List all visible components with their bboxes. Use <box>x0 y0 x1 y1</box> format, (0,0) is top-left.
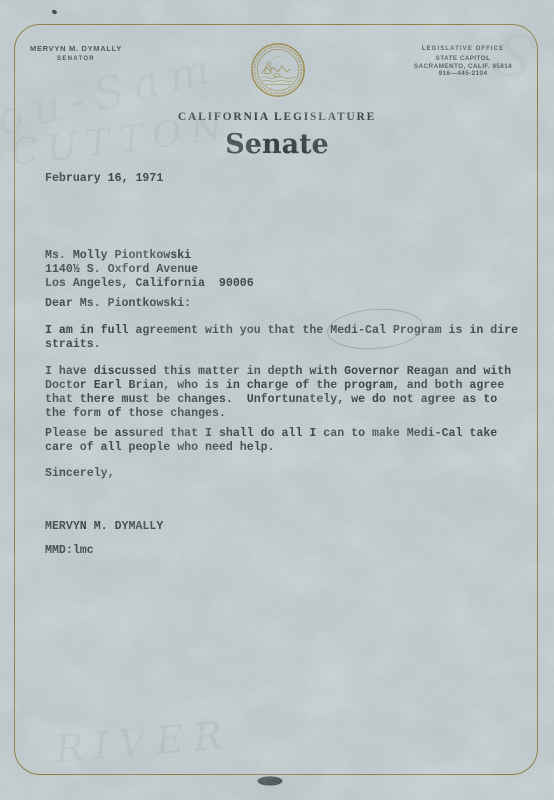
chamber-title: Senate <box>0 129 554 160</box>
office-line: 916—445-2104 <box>404 70 522 78</box>
recipient-address: Ms. Molly Piontkowski 1140½ S. Oxford Av… <box>45 249 254 291</box>
salutation: Dear Ms. Piontkowski: <box>45 297 191 311</box>
signature-name: MERVYN M. DYMALLY <box>45 520 163 534</box>
body-paragraph: I have discussed this matter in depth wi… <box>45 365 511 421</box>
body-paragraph: Please be assured that I shall do all I … <box>45 427 497 455</box>
california-state-seal-icon <box>249 41 307 104</box>
printers-union-bug-icon <box>256 774 286 792</box>
letter-date: February 16, 1971 <box>45 172 163 186</box>
body-paragraph: I am in full agreement with you that the… <box>45 324 518 352</box>
office-line: LEGISLATIVE OFFICE <box>404 46 522 52</box>
office-address-block: LEGISLATIVE OFFICE STATE CAPITOL SACRAME… <box>404 46 522 78</box>
office-line: STATE CAPITOL <box>404 55 522 63</box>
sender-name: MERVYN M. DYMALLY <box>28 44 124 53</box>
closing: Sincerely, <box>45 467 115 481</box>
sender-title: SENATOR <box>28 56 124 62</box>
sender-block: MERVYN M. DYMALLY SENATOR <box>28 44 124 62</box>
scanned-letter-page: ou-Sam CUTTON RIVER S MERVYN M. DYMALLY … <box>0 0 554 800</box>
organization-title: CALIFORNIA LEGISLATURE <box>0 111 554 123</box>
typist-initials: MMD:lmc <box>45 544 94 558</box>
office-line: SACRAMENTO, CALIF. 95814 <box>404 63 522 71</box>
ink-speck <box>51 9 57 14</box>
